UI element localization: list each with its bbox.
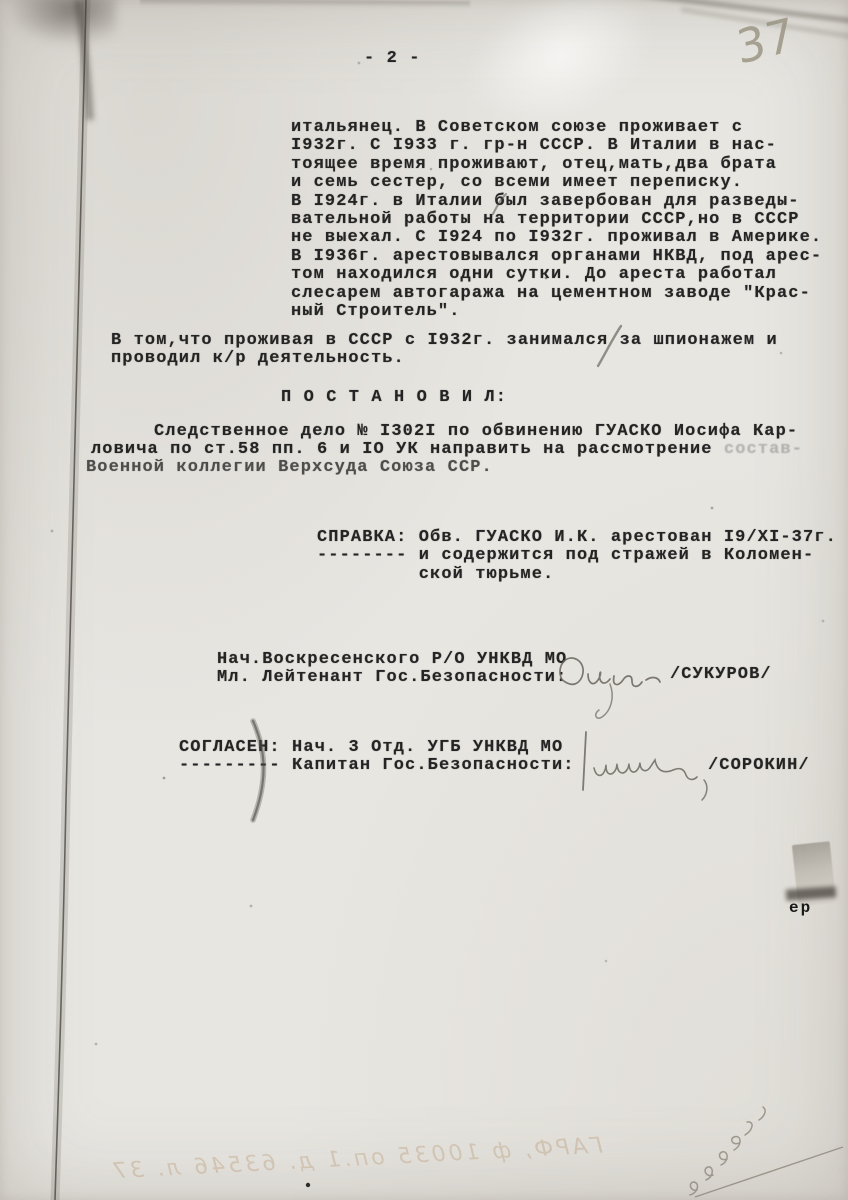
signature-stroke <box>560 658 660 686</box>
signature-hook <box>702 780 707 800</box>
pencil-stroke-through-soglasen <box>240 716 285 826</box>
heading-text: П О С Т А Н О В И Л: <box>281 389 507 407</box>
resolution-line-3: Военной коллегии Верхсуда Союза ССР. <box>86 459 493 477</box>
scanned-document-page: - 2 - 37 итальянец. В Советском союзе пр… <box>0 0 848 1200</box>
erased-text-segment: состав- <box>724 440 803 459</box>
approver-title-block: СОГЛАСЕН: Нач. 3 Отд. УГБ УНКВД МО -----… <box>179 739 575 776</box>
sukurov-signature-handwriting <box>548 642 688 727</box>
resolved-heading: П О С Т А Н О В И Л: <box>281 389 507 407</box>
text-line: Следственное дело № I302I по обвинению Г… <box>154 423 798 441</box>
text-line: ской тюрьме. <box>317 566 837 584</box>
text-line: Военной коллегии Верхсуда Союза ССР. <box>86 459 493 477</box>
edge-fragment-letters: ер <box>789 899 812 917</box>
text-segment: ловича по ст.58 пп. 6 и IО УК направить … <box>91 440 724 459</box>
flourish-diagonal <box>695 1147 843 1197</box>
text-line: слесарем автогаража на цементном заводе … <box>291 285 822 303</box>
left-fold-line <box>0 0 120 1200</box>
small-slash <box>493 194 506 214</box>
signature-entry-stroke <box>583 732 586 790</box>
text-line: тоящее время проживают, отец,мать,два бр… <box>291 156 822 174</box>
page-number: - 2 - <box>364 50 421 68</box>
text-line: В том,что проживая в СССР с I932г. заним… <box>111 332 778 350</box>
text-line: ловича по ст.58 пп. 6 и IО УК направить … <box>91 441 803 459</box>
resolution-line-1: Следственное дело № I302I по обвинению Г… <box>154 423 798 441</box>
text-line: и семь сестер, со всеми имеет переписку. <box>291 174 822 192</box>
text-line: СОГЛАСЕН: Нач. 3 Отд. УГБ УНКВД МО <box>179 739 575 757</box>
text-line: проводил к/р деятельность. <box>111 350 778 368</box>
text-line: Мл. Лейтенант Гос.Безопасности: <box>217 669 567 687</box>
flourish-loops <box>690 1107 765 1195</box>
pencil-slash-over-za <box>590 322 630 372</box>
text-line: итальянец. В Советском союзе проживает с <box>291 119 822 137</box>
text-line: Нач.Воскресенского Р/О УНКВД МО <box>217 651 567 669</box>
resolution-line-2: ловича по ст.58 пп. 6 и IО УК направить … <box>91 441 803 459</box>
text-line: В I924г. в Италии был завербован для раз… <box>291 193 822 211</box>
bleed-through-archival-note: ГАРФ, ф 10035 оп.1 д. 63546 л. 37 <box>128 1134 604 1184</box>
accusation-paragraph: В том,что проживая в СССР с I932г. заним… <box>111 332 778 369</box>
pencil-mark-zaverbovan <box>489 193 511 217</box>
text-line: --------- Капитан Гос.Безопасности: <box>179 757 575 775</box>
text-line: I932г. С I933 г. гр-н СССР. В Италии в н… <box>291 137 822 155</box>
text-line: -------- и содержится под стражей в Коло… <box>317 547 837 565</box>
signature-loops <box>594 760 697 779</box>
crease-top-edge <box>140 0 470 8</box>
text-line: не выехал. С I924 по I932г. проживал в А… <box>291 229 822 247</box>
spravka-block: СПРАВКА: Обв. ГУАСКО И.К. арестован I9/X… <box>317 529 837 584</box>
sorokin-signature-handwriting <box>558 728 733 813</box>
text-line: В I936г. арестовывался органами НКВД, по… <box>291 248 822 266</box>
text-line: СПРАВКА: Обв. ГУАСКО И.К. арестован I9/X… <box>317 529 837 547</box>
text-line: том находился одни сутки. До ареста рабо… <box>291 266 822 284</box>
investigator-title-block: Нач.Воскресенского Р/О УНКВД МО Мл. Лейт… <box>217 651 567 688</box>
signature-tail <box>596 684 612 718</box>
slash-stroke <box>598 326 621 366</box>
bottom-right-pencil-signature <box>665 1115 848 1200</box>
text-line: ный Строитель". <box>291 303 822 321</box>
text-line: вательной работы на территории СССР,но в… <box>291 211 822 229</box>
biography-paragraph: итальянец. В Советском союзе проживает с… <box>291 119 822 321</box>
